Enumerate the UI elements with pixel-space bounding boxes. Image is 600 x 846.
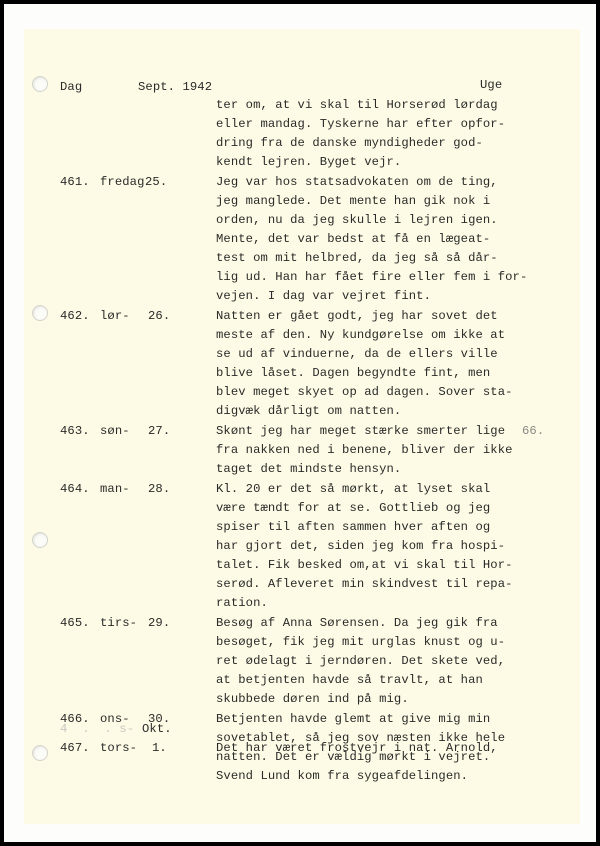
entry-text-line: skubbede døren ind på mig. xyxy=(216,690,409,709)
header-week-label: Uge xyxy=(480,76,502,95)
hole-punch-middle xyxy=(32,305,48,321)
entry-date: 1. xyxy=(152,739,167,758)
entry-text-line: serød. Afleveret min skindvest til repa- xyxy=(216,575,513,594)
continuation-line: dring fra de danske myndigheder god- xyxy=(216,134,505,153)
entry-date: 29. xyxy=(148,614,170,633)
entry-text-line: orden, nu da jeg skulle i lejren igen. xyxy=(216,211,498,230)
entry-text-line: Natten er gået godt, jeg har sovet det xyxy=(216,307,498,326)
entry-text-line: taget det mindste hensyn. xyxy=(216,460,401,479)
entry-text-line: talet. Fik besked om,at vi skal til Hor- xyxy=(216,556,513,575)
entry-text-line: se ud af vinduerne, da de ellers ville xyxy=(216,345,498,364)
entry-weekday: tors- xyxy=(100,739,137,758)
entry-text-line: har gjort det, siden jeg kom fra hospi- xyxy=(216,537,505,556)
entry-date: 26. xyxy=(148,307,170,326)
continuation-text: ter om, at vi skal til Horserød lørdagel… xyxy=(216,96,505,172)
entry-number: 467. xyxy=(60,739,90,758)
entry-weekday: søn- xyxy=(100,422,130,441)
header-day-label: Dag xyxy=(60,78,82,97)
entry-text-line: jeg manglede. Det mente han gik nok i xyxy=(216,192,490,211)
entry-date: 27. xyxy=(148,422,170,441)
entry-text-line: at betjenten havde så travlt, at han xyxy=(216,671,483,690)
erased-prefix: 4 . . s- xyxy=(60,720,134,739)
header-month-year: Sept. 1942 xyxy=(138,78,212,97)
hole-punch-bottom xyxy=(32,745,48,761)
entry-text-line: Mente, det var bedst at få en lægeat- xyxy=(216,230,490,249)
entry-text: Det har været frostvejr i nat. Arnold, xyxy=(216,739,498,758)
entry-number: 463. xyxy=(60,422,90,441)
entry-text-line: vejen. I dag var vejret fint. xyxy=(216,287,431,306)
entry-number: 464. xyxy=(60,480,90,499)
entry-text-line: meste af den. Ny kundgørelse om ikke at xyxy=(216,326,505,345)
margin-page-number: 66. xyxy=(522,422,544,441)
entry-text-line: Betjenten havde glemt at give mig min xyxy=(216,710,490,729)
entry-weekday: man- xyxy=(100,480,130,499)
entry-text-line: blive låset. Dagen begyndte fint, men xyxy=(216,364,490,383)
entry-text-line: ration. xyxy=(216,594,268,613)
month-change-label: Okt. xyxy=(142,720,172,739)
entry-text-line: Besøg af Anna Sørensen. Da jeg gik fra xyxy=(216,614,498,633)
entry-text-line: digvæk dårligt om natten. xyxy=(216,402,401,421)
continuation-line: ter om, at vi skal til Horserød lørdag xyxy=(216,96,505,115)
entry-date: 25. xyxy=(145,173,167,192)
hole-punch-top xyxy=(32,76,48,92)
entry-date: 28. xyxy=(148,480,170,499)
entry-number: 462. xyxy=(60,307,90,326)
entry-text-line: blev meget skyet op ad dagen. Sover sta- xyxy=(216,383,513,402)
entry-text-line: Jeg var hos statsadvokaten om de ting, xyxy=(216,173,498,192)
entry-weekday: tirs- xyxy=(100,614,137,633)
entry-text-line: fra nakken ned i benene, bliver der ikke xyxy=(216,441,513,460)
entry-text-line: test om mit helbred, da jeg så så dår- xyxy=(216,249,498,268)
hole-punch-lower xyxy=(32,532,48,548)
entry-text-line: ret ødelagt i jerndøren. Det skete ved, xyxy=(216,652,505,671)
entry-text-line: besøget, fik jeg mit urglas knust og u- xyxy=(216,633,505,652)
entry-text-line: være tændt for at se. Gottlieb og jeg xyxy=(216,499,490,518)
entry-text-line: lig ud. Han har fået fire eller fem i fo… xyxy=(216,268,527,287)
continuation-line: eller mandag. Tyskerne har efter opfor- xyxy=(216,115,505,134)
entry-text-line: Skønt jeg har meget stærke smerter lige xyxy=(216,422,505,441)
entry-number: 461. xyxy=(60,173,90,192)
entry-weekday: fredag xyxy=(100,173,144,192)
continuation-line: kendt lejren. Byget vejr. xyxy=(216,153,505,172)
entry-text-line: spiser til aften sammen hver aften og xyxy=(216,518,490,537)
entry-text-line: Svend Lund kom fra sygeafdelingen. xyxy=(216,767,468,786)
entry-weekday: lør- xyxy=(100,307,130,326)
entry-text-line: Kl. 20 er det så mørkt, at lyset skal xyxy=(216,480,490,499)
entry-number: 465. xyxy=(60,614,90,633)
